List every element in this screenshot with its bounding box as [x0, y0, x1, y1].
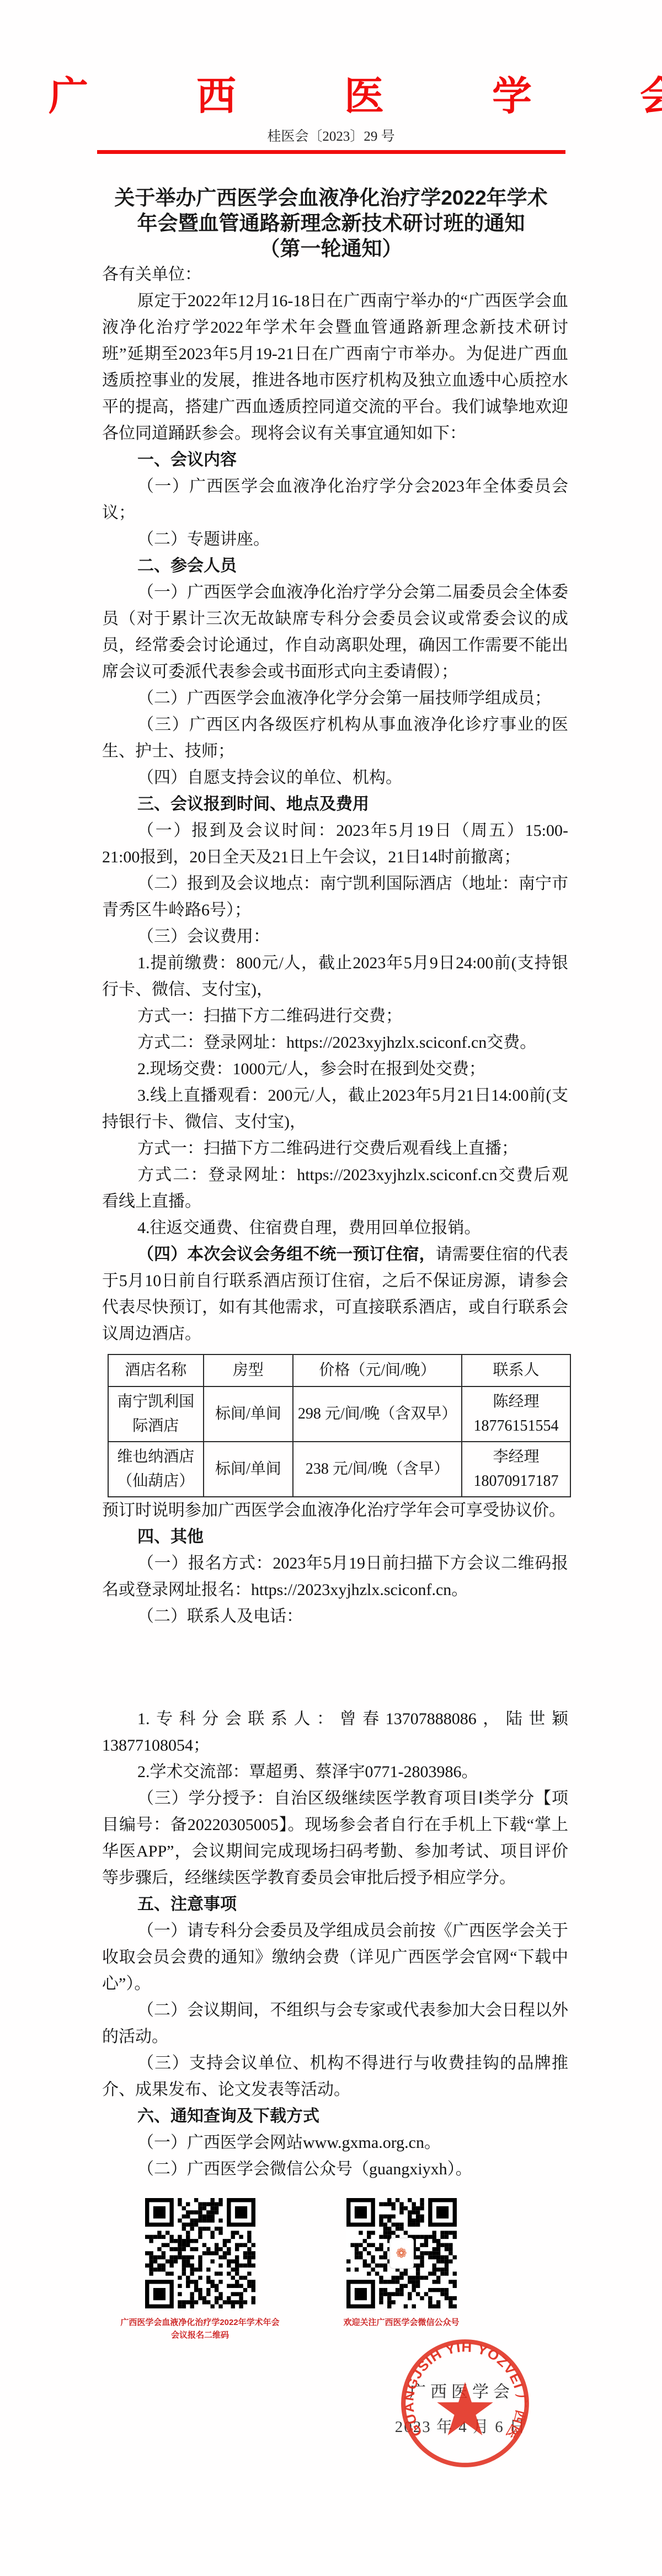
stamp-star-icon [437, 2382, 493, 2435]
notice-document-page: 广 西 医 学 会 桂医会〔2023〕29 号 关于举办广西医学会血液净化治疗学… [0, 0, 662, 2576]
fee-livestream-method-1: 方式一：扫描下方二维码进行交费后观看线上直播； [102, 1135, 568, 1162]
notice-title-line3: （第一轮通知） [0, 236, 662, 262]
section-2-item-2: （二）广西医学会血液净化学分会第一届技师学组成员； [102, 685, 568, 712]
qr-code-registration-icon [145, 2198, 255, 2308]
section-3-heading: 三、会议报到时间、地点及费用 [102, 791, 568, 818]
contact-cell: 李经理 18070917187 [462, 1442, 570, 1497]
registration-qr-caption: 广西医学会血液净化治疗学2022年学术年会 会议报名二维码 [120, 2316, 279, 2342]
doc-number: 桂医会〔2023〕29 号 [0, 129, 662, 145]
letterhead-divider [97, 150, 565, 154]
section-1-heading: 一、会议内容 [102, 447, 568, 473]
section-2-item-1: （一）广西医学会血液净化治疗学分会第二届委员会全体委员（对于累计三次无故缺席专科… [102, 579, 568, 685]
intro-paragraph: 原定于2022年12月16-18日在广西南宁举办的“广西医学会血液净化治疗学20… [102, 288, 568, 447]
hotel-table-header-price: 价格（元/间/晚） [293, 1354, 462, 1386]
registration-method: （一）报名方式：2023年5月19日前扫描下方会议二维码报名或登录网址报名：ht… [102, 1550, 568, 1603]
table-row: 南宁凯利国际酒店 标间/单间 298 元/间/晚（含双早） 陈经理 187761… [108, 1386, 570, 1442]
section-3-item-2: （二）报到及会议地点：南宁凯利国际酒店（地址：南宁市青秀区牛岭路6号）； [102, 871, 568, 924]
table-row: 维也纳酒店（仙葫店） 标间/单间 238 元/间/晚（含早） 李经理 18070… [108, 1442, 570, 1497]
credit-award: （三）学分授予：自治区级继续医学教育项目Ⅰ类学分【项目编号：备202203050… [102, 1785, 568, 1891]
page-break-gap [102, 1630, 568, 1706]
section-2-heading: 二、参会人员 [102, 553, 568, 579]
section-1-item-1: （一）广西医学会血液净化治疗学分会2023年全体委员会议； [102, 473, 568, 526]
section-6-item-2: （二）广西医学会微信公众号（guangxiyxh）。 [102, 2156, 568, 2183]
section-1-item-2: （二）专题讲座。 [102, 526, 568, 553]
hotel-name-cell: 维也纳酒店（仙葫店） [108, 1442, 204, 1497]
wechat-qr-column: ❁ 欢迎关注广西医学会微信公众号 [312, 2198, 491, 2342]
official-stamp-icon: GUANGJSIH YIH YOZVEI 广西医学会 [398, 2336, 532, 2471]
contact-academic-dept: 2.学术交流部：覃超勇、蔡泽宇0771-2803986。 [102, 1759, 568, 1785]
contact-name: 陈经理 [466, 1390, 567, 1414]
contact-phone: 18070917187 [466, 1469, 567, 1494]
price-cell: 238 元/间/晚（含早） [293, 1442, 462, 1497]
fee-early-method-2: 方式二：登录网址：https://2023xyjhzlx.sciconf.cn交… [102, 1030, 568, 1056]
qr-code-section: 广西医学会血液净化治疗学2022年学术年会 会议报名二维码 ❁ 欢迎关注广西医学… [0, 2198, 662, 2342]
room-type-cell: 标间/单间 [204, 1386, 293, 1442]
contact-cell: 陈经理 18776151554 [462, 1386, 570, 1442]
salutation: 各有关单位： [102, 262, 568, 288]
notice-title-line1: 关于举办广西医学会血液净化治疗学2022年学术 [0, 185, 662, 211]
hotel-booking-notice-bold: （四）本次会议会务组不统一预订住宿， [137, 1245, 436, 1263]
section-3-item-1: （一）报到及会议时间：2023年5月19日（周五）15:00-21:00报到，2… [102, 818, 568, 871]
hotel-table: 酒店名称 房型 价格（元/间/晚） 联系人 南宁凯利国际酒店 标间/单间 298… [108, 1354, 571, 1497]
qr-code-wechat-icon: ❁ [346, 2198, 457, 2308]
hotel-booking-notice: （四）本次会议会务组不统一预订住宿，请需要住宿的代表于5月10日前自行联系酒店预… [102, 1241, 568, 1347]
hotel-name-cell: 南宁凯利国际酒店 [108, 1386, 204, 1442]
signature-block: 广西医学会 2023 年 4 月 6 日 GUANGJSIH YIH YOZVE… [0, 2342, 662, 2573]
fee-travel-note: 4.往返交通费、住宿费自理，费用回单位报销。 [102, 1215, 568, 1241]
section-4-heading: 四、其他 [102, 1524, 568, 1550]
section-2-item-3: （三）广西区内各级医疗机构从事血液净化诊疗事业的医生、护士、技师； [102, 712, 568, 765]
contact-name: 李经理 [466, 1445, 567, 1469]
notice-title-line2: 年会暨血管通路新理念新技术研讨班的通知 [0, 211, 662, 236]
room-type-cell: 标间/单间 [204, 1442, 293, 1497]
contact-phone: 18776151554 [466, 1414, 567, 1438]
price-cell: 298 元/间/晚（含双早） [293, 1386, 462, 1442]
hotel-table-header-name: 酒店名称 [108, 1354, 204, 1386]
section-6-heading: 六、通知查询及下载方式 [102, 2103, 568, 2130]
contact-branch: 1.专科分会联系人：曾春13707888086，陆世颖13877108054； [102, 1706, 568, 1759]
fee-onsite: 2.现场交费：1000元/人，参会时在报到处交费； [102, 1056, 568, 1082]
registration-qr-column: 广西医学会血液净化治疗学2022年学术年会 会议报名二维码 [88, 2198, 312, 2342]
section-6-item-1: （一）广西医学会网站www.gxma.org.cn。 [102, 2130, 568, 2156]
section-5-heading: 五、注意事项 [102, 1891, 568, 1918]
hotel-table-header-contact: 联系人 [462, 1354, 570, 1386]
registration-qr-caption-line1: 广西医学会血液净化治疗学2022年学术年会 [120, 2316, 279, 2329]
wechat-qr-center-logo-icon: ❁ [389, 2238, 414, 2269]
section-3-item-3: （三）会议费用： [102, 924, 568, 950]
fee-early: 1.提前缴费：800元/人，截止2023年5月9日24:00前(支持银行卡、微信… [102, 950, 568, 1003]
notice-title: 关于举办广西医学会血液净化治疗学2022年学术 年会暨血管通路新理念新技术研讨班… [0, 185, 662, 262]
letterhead-org-name: 广 西 医 学 会 [0, 0, 662, 117]
hotel-table-header-row: 酒店名称 房型 价格（元/间/晚） 联系人 [108, 1354, 570, 1386]
section-2-item-4: （四）自愿支持会议的单位、机构。 [102, 765, 568, 791]
section-5-item-2: （二）会议期间，不组织与会专家或代表参加大会日程以外的活动。 [102, 1997, 568, 2050]
section-5-item-3: （三）支持会议单位、机构不得进行与收费挂钩的品牌推介、成果发布、论文发表等活动。 [102, 2050, 568, 2103]
wechat-qr-caption: 欢迎关注广西医学会微信公众号 [343, 2316, 459, 2329]
contacts-heading: （二）联系人及电话： [102, 1603, 568, 1630]
registration-qr-caption-line2: 会议报名二维码 [120, 2329, 279, 2342]
fee-livestream: 3.线上直播观看：200元/人，截止2023年5月21日14:00前(支持银行卡… [102, 1082, 568, 1135]
fee-early-method-1: 方式一：扫描下方二维码进行交费； [102, 1003, 568, 1030]
section-5-item-1: （一）请专科分会委员及学组成员会前按《广西医学会关于收取会员会费的通知》缴纳会费… [102, 1918, 568, 1997]
table-note: 预订时说明参加广西医学会血液净化治疗学年会可享受协议价。 [102, 1497, 568, 1524]
hotel-table-header-room: 房型 [204, 1354, 293, 1386]
fee-livestream-method-2: 方式二：登录网址：https://2023xyjhzlx.sciconf.cn交… [102, 1162, 568, 1215]
document-body: 各有关单位： 原定于2022年12月16-18日在广西南宁举办的“广西医学会血液… [0, 262, 662, 2183]
